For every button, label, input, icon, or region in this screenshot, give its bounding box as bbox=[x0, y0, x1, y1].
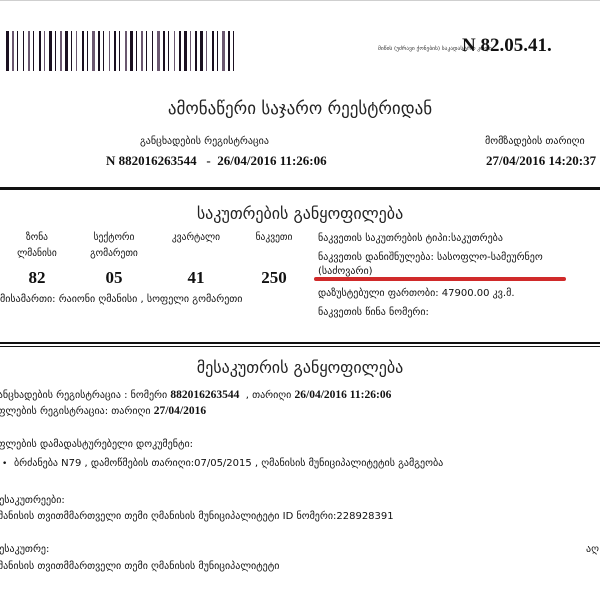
barcode-bar bbox=[78, 31, 81, 71]
barcode-bar bbox=[33, 31, 34, 71]
barcode-bar bbox=[98, 31, 100, 71]
property-section-title: საკუთრების განყოფილება bbox=[0, 204, 600, 223]
barcode-bar bbox=[65, 31, 68, 71]
sector-sub: გომარეთი bbox=[74, 246, 154, 262]
barcode-bar bbox=[157, 31, 160, 71]
barcode-bar bbox=[217, 31, 218, 71]
barcode-bar bbox=[23, 31, 24, 71]
barcode-bar bbox=[87, 31, 88, 71]
barcode-bar bbox=[235, 31, 238, 71]
barcode-bar bbox=[111, 31, 113, 71]
barcode-bar bbox=[39, 31, 41, 71]
barcode-bar bbox=[92, 31, 95, 71]
quarter-sub bbox=[156, 246, 236, 262]
barcode-bar bbox=[136, 31, 137, 71]
barcode-bar bbox=[10, 31, 11, 71]
barcode-bar bbox=[125, 31, 127, 71]
prepared-date-value: 27/04/2016 14:20:37 bbox=[486, 153, 596, 169]
right-edge-fragment: აღ bbox=[586, 544, 599, 555]
right-registration: უფლების რეგისტრაცია: თარიღი 27/04/2016 bbox=[0, 405, 206, 417]
barcode-bar bbox=[17, 31, 18, 71]
right-registration-date: 27/04/2016 bbox=[154, 405, 206, 417]
cadastral-code: N 82.05.41. bbox=[462, 35, 552, 57]
parcel-label: ნაკვეთი bbox=[234, 230, 314, 246]
barcode-bar bbox=[128, 31, 129, 71]
registration-caption: განცხადების რეგისტრაცია bbox=[140, 136, 269, 147]
address: მისამართი: რაიონი ღმანისი , სოფელი გომარ… bbox=[0, 294, 242, 305]
barcode-bar bbox=[89, 31, 91, 71]
document-title: ამონაწერი საჯარო რეესტრიდან bbox=[0, 99, 600, 119]
owners-caption: მესაკუთრეები: bbox=[0, 495, 65, 506]
application-mid: , თარიღი bbox=[239, 390, 294, 401]
barcode-bar bbox=[73, 31, 75, 71]
barcode-bar bbox=[233, 31, 234, 71]
sector-label: სექტორი bbox=[74, 230, 154, 246]
barcode-bar bbox=[161, 31, 162, 71]
barcode-bar bbox=[49, 31, 52, 71]
zone-sub: ლმანისი bbox=[0, 246, 77, 262]
barcode-bar bbox=[215, 31, 216, 71]
barcode-bar bbox=[141, 31, 143, 71]
barcode-bar bbox=[219, 31, 221, 71]
owner-value: ღმანისის თვითმმართველი თემი ღმანისის მუნ… bbox=[0, 561, 279, 572]
barcode-bar bbox=[163, 31, 165, 71]
barcode-bar bbox=[55, 31, 56, 71]
specified-area: დაზუსტებული ფართობი: 47900.00 კვ.მ. bbox=[318, 288, 515, 299]
barcode-bar bbox=[44, 31, 45, 71]
barcode-bar bbox=[114, 31, 116, 71]
prepared-date-caption: მომზადების თარიღი bbox=[485, 136, 585, 147]
barcode-bar bbox=[28, 31, 30, 71]
barcode-bar bbox=[206, 31, 207, 71]
section-divider bbox=[0, 187, 600, 190]
ownership-type: ნაკვეთის საკუთრების ტიპი:საკუთრება bbox=[318, 233, 503, 244]
quarter-column: კვარტალი 41 bbox=[156, 230, 236, 288]
barcode-bar bbox=[119, 31, 120, 71]
barcode-bar bbox=[182, 31, 183, 71]
zone-label: ზონა bbox=[0, 230, 77, 246]
barcode-bar bbox=[96, 31, 97, 71]
sector-value: 05 bbox=[74, 268, 154, 288]
barcode-bar bbox=[154, 31, 156, 71]
application-date: 26/04/2016 11:26:06 bbox=[295, 389, 392, 401]
barcode-bar bbox=[222, 31, 225, 71]
document-item: ბრძანება N79 , დამოწმების თარიღი:07/05/2… bbox=[14, 458, 443, 469]
barcode-bar bbox=[146, 31, 147, 71]
barcode-bar bbox=[166, 31, 167, 71]
barcode-bar bbox=[208, 31, 211, 71]
right-registration-prefix: უფლების რეგისტრაცია: თარიღი bbox=[0, 406, 154, 417]
barcode-bar bbox=[176, 31, 178, 71]
barcode-bar bbox=[12, 31, 14, 71]
barcode-bar bbox=[60, 31, 62, 71]
barcode-bar bbox=[57, 31, 59, 71]
zone-value: 82 bbox=[0, 268, 77, 288]
barcode-bar bbox=[101, 31, 102, 71]
parcel-value: 250 bbox=[234, 268, 314, 288]
parcel-sub bbox=[234, 246, 314, 262]
barcode-bar bbox=[192, 31, 194, 71]
purpose-line-1: ნაკვეთის დანიშნულება: სასოფლო-სამეურნეო bbox=[318, 252, 543, 263]
document-caption: უფლების დამადასტურებელი დოკუმენტი: bbox=[0, 439, 193, 450]
registration-value: N 882016263544 - 26/04/2016 11:26:06 bbox=[106, 153, 327, 169]
barcode-bar bbox=[6, 31, 9, 71]
previous-parcel-number: ნაკვეთის წინა ნომერი: bbox=[318, 307, 429, 318]
purpose-line-2: (საძოვარი) bbox=[318, 266, 373, 277]
barcode-bar bbox=[35, 31, 38, 71]
barcode-bar bbox=[170, 31, 173, 71]
barcode-bar bbox=[19, 31, 22, 71]
barcode-bar bbox=[148, 31, 151, 71]
application-prefix: განცხადების რეგისტრაცია : ნომერი bbox=[0, 390, 170, 401]
barcode-bar bbox=[138, 31, 140, 71]
owner-caption: მესაკუთრე: bbox=[0, 544, 49, 555]
barcode-bar bbox=[63, 31, 64, 71]
barcode-bar bbox=[15, 31, 16, 71]
quarter-value: 41 bbox=[156, 268, 236, 288]
barcode-bar bbox=[174, 31, 175, 71]
barcode-bar bbox=[117, 31, 118, 71]
barcode-bar bbox=[190, 31, 191, 71]
section-divider bbox=[0, 342, 600, 347]
barcode-bar bbox=[134, 31, 135, 71]
barcode-bar bbox=[228, 31, 230, 71]
barcode-bar bbox=[188, 31, 189, 71]
parcel-column: ნაკვეთი 250 bbox=[234, 230, 314, 288]
barcode-bar bbox=[109, 31, 110, 71]
owners-value: ღმანისის თვითმმართველი თემი ღმანისის მუნ… bbox=[0, 511, 394, 522]
quarter-label: კვარტალი bbox=[156, 230, 236, 246]
barcode-bar bbox=[200, 31, 203, 71]
barcode-bar bbox=[195, 31, 197, 71]
barcode-bar bbox=[168, 31, 169, 71]
owner-section-title: მესაკუთრის განყოფილება bbox=[0, 358, 600, 377]
barcode-bar bbox=[53, 31, 54, 71]
bullet-icon: • bbox=[2, 459, 7, 469]
zone-column: ზონა ლმანისი 82 bbox=[0, 230, 77, 288]
barcode-bar bbox=[69, 31, 70, 71]
barcode-bar bbox=[82, 31, 84, 71]
barcode-bar bbox=[152, 31, 153, 71]
barcode-bar bbox=[144, 31, 145, 71]
barcode-bar bbox=[42, 31, 43, 71]
application-number: 882016263544 bbox=[170, 389, 239, 401]
application-registration: განცხადების რეგისტრაცია : ნომერი 8820162… bbox=[0, 389, 391, 401]
barcode-bar bbox=[105, 31, 108, 71]
barcode-bar bbox=[121, 31, 124, 71]
barcode-bar bbox=[103, 31, 104, 71]
barcode-bar bbox=[85, 31, 86, 71]
barcode-bar bbox=[76, 31, 77, 71]
barcode-bar bbox=[204, 31, 205, 71]
barcode-bar bbox=[231, 31, 232, 71]
barcode-bar bbox=[130, 31, 133, 71]
barcode-bar bbox=[25, 31, 27, 71]
barcode-bar bbox=[179, 31, 181, 71]
barcode-bar bbox=[226, 31, 227, 71]
barcode-bar bbox=[184, 31, 187, 71]
barcode-bar bbox=[46, 31, 48, 71]
barcode-bar bbox=[198, 31, 199, 71]
red-highlight-underline bbox=[314, 277, 566, 281]
barcode-bar bbox=[212, 31, 214, 71]
sector-column: სექტორი გომარეთი 05 bbox=[74, 230, 154, 288]
barcode-bar bbox=[71, 31, 72, 71]
barcode-bar bbox=[31, 31, 32, 71]
barcode bbox=[6, 31, 246, 71]
